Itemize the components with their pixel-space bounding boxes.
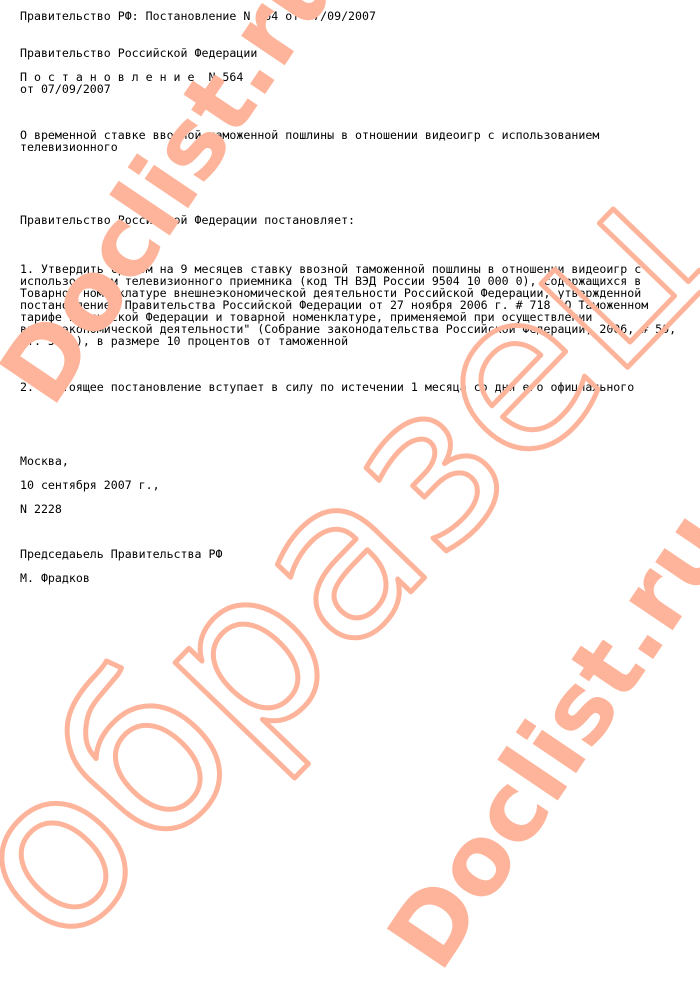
issuer: Правительство Российской Федерации	[20, 47, 257, 59]
signing-date: 10 сентября 2007 г.,	[20, 479, 160, 491]
clause1-line: ст. 5341), в размере 10 процентов от там…	[20, 335, 348, 347]
signing-place: Москва,	[20, 455, 69, 467]
preamble: Правительство Российской Федерации поста…	[20, 214, 355, 226]
document-date: от 07/09/2007	[20, 83, 111, 95]
signer-name: М. Фрадков	[20, 572, 90, 584]
document-header: Правительство РФ: Постановление N 564 от…	[20, 10, 376, 22]
document-page: Правительство РФ: Постановление N 564 от…	[0, 0, 700, 1000]
signer-title: Председаьель Правительства РФ	[20, 548, 222, 560]
title-line: телевизионного	[20, 141, 118, 153]
clause2: 2. Настоящее постановление вступает в си…	[20, 381, 634, 393]
document-number: N 2228	[20, 503, 62, 515]
